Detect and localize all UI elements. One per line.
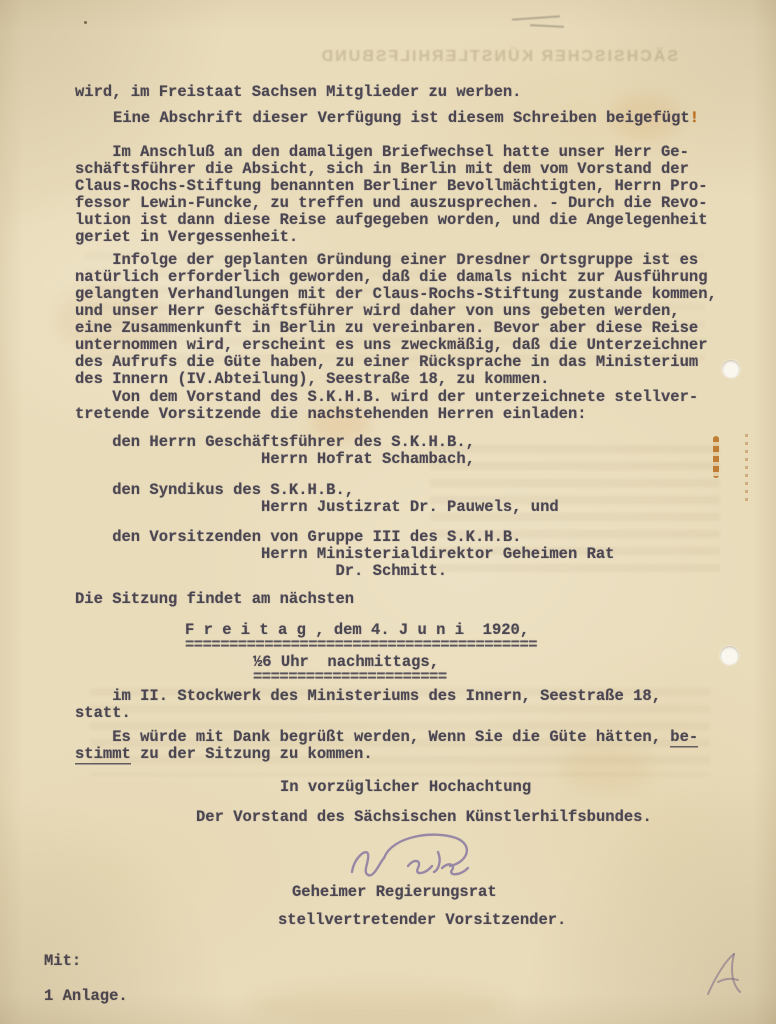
paragraph-dank-line2: stimmt zu der Sitzung zu kommen. <box>75 746 373 763</box>
letter-page: SÄCHSISCHER KÜNSTLERHILFSBUND wird, im F… <box>0 0 776 1024</box>
rust-dots <box>745 434 748 506</box>
red-exclamation-mark: ! <box>690 109 699 127</box>
punch-hole <box>720 646 739 665</box>
signer-title-1: Geheimer Regierungsrat <box>292 884 497 901</box>
bleedthrough-letterhead: SÄCHSISCHER KÜNSTLERHILFSBUND <box>318 48 678 66</box>
pencil-scribble <box>512 15 560 20</box>
punch-hole <box>722 360 740 378</box>
signature-handwriting: Welck <box>338 828 528 890</box>
paper-stain <box>250 985 510 1024</box>
pencil-scribble <box>530 24 564 28</box>
signer-title-2: stellvertretender Vorsitzender. <box>278 912 566 929</box>
archival-pencil-mark <box>698 946 754 1004</box>
paper-stain <box>560 745 650 791</box>
dank-underlined-stimmt: stimmt <box>75 745 131 763</box>
dank-text-2: zu der Sitzung zu kommen. <box>131 745 373 763</box>
line-wird: wird, im Freistaat Sachsen Mitglieder zu… <box>75 84 521 101</box>
line-sitzung-intro: Die Sitzung findet am nächsten <box>75 591 354 608</box>
closing-hochachtung: In vorzüglicher Hochachtung <box>280 779 531 796</box>
paragraph-anschluss: Im Anschluß an den damaligen Briefwechse… <box>75 144 708 246</box>
paragraph-dank-line1: Es würde mit Dank begrüßt werden, Wenn S… <box>75 729 698 746</box>
closing-vorstand: Der Vorstand des Sächsischen Künstlerhil… <box>196 809 652 826</box>
dank-underlined-be: be- <box>670 728 698 746</box>
paragraph-vorstand-intro: Von dem Vorstand des S.K.H.B. wird der u… <box>75 389 698 423</box>
invitee-schambach: den Herrn Geschäftsführer des S.K.H.B., … <box>75 434 475 468</box>
invitee-schmitt: den Vorsitzenden von Gruppe III des S.K.… <box>75 529 615 580</box>
paragraph-stockwerk: im II. Stockwerk des Ministeriums des In… <box>75 688 661 722</box>
rust-mark <box>713 436 719 478</box>
line-abschrift-text: Eine Abschrift dieser Verfügung ist dies… <box>113 109 690 127</box>
meeting-time-underline: ====================== <box>253 669 447 686</box>
ink-speck <box>84 21 87 24</box>
meeting-date-underline: ======================================== <box>185 637 537 654</box>
invitee-pauwels: den Syndikus des S.K.H.B., Herrn Justizr… <box>75 482 559 516</box>
enclosure-item: 1 Anlage. <box>44 988 128 1005</box>
enclosure-label: Mit: <box>44 953 81 970</box>
dank-text-1: Es würde mit Dank begrüßt werden, Wenn S… <box>75 728 670 746</box>
line-abschrift: Eine Abschrift dieser Verfügung ist dies… <box>113 110 699 127</box>
paragraph-infolge: Infolge der geplanten Gründung einer Dre… <box>75 252 717 388</box>
